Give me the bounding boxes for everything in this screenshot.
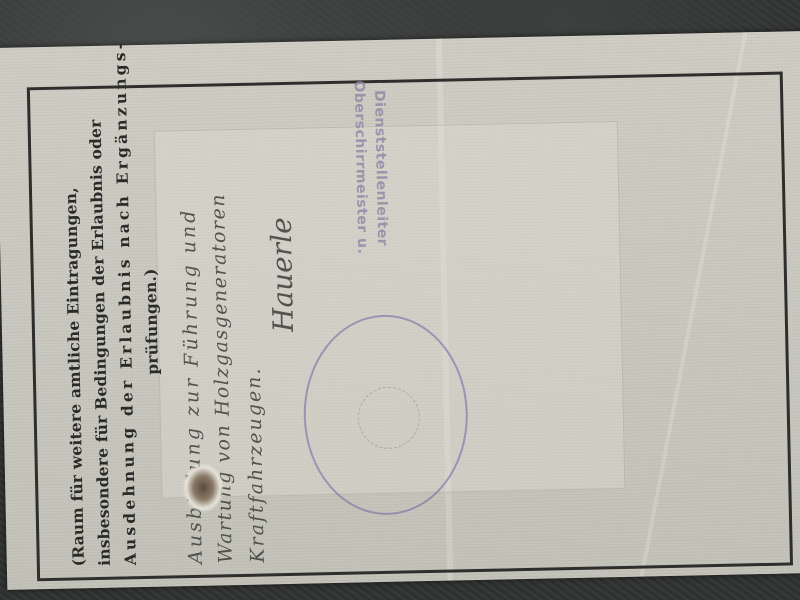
document-page: (Raum für weitere amtliche Eintragungen,… <box>0 31 800 590</box>
handwritten-line-3: Kraftfahrzeugen. <box>243 366 269 563</box>
signature: Hauerle <box>265 217 300 332</box>
printed-line-4: prüfungen.) <box>141 268 162 375</box>
seal-emblem <box>357 386 420 449</box>
stain-mark <box>183 463 224 512</box>
stamp-line-2: Dienststellenleiter <box>371 90 390 246</box>
